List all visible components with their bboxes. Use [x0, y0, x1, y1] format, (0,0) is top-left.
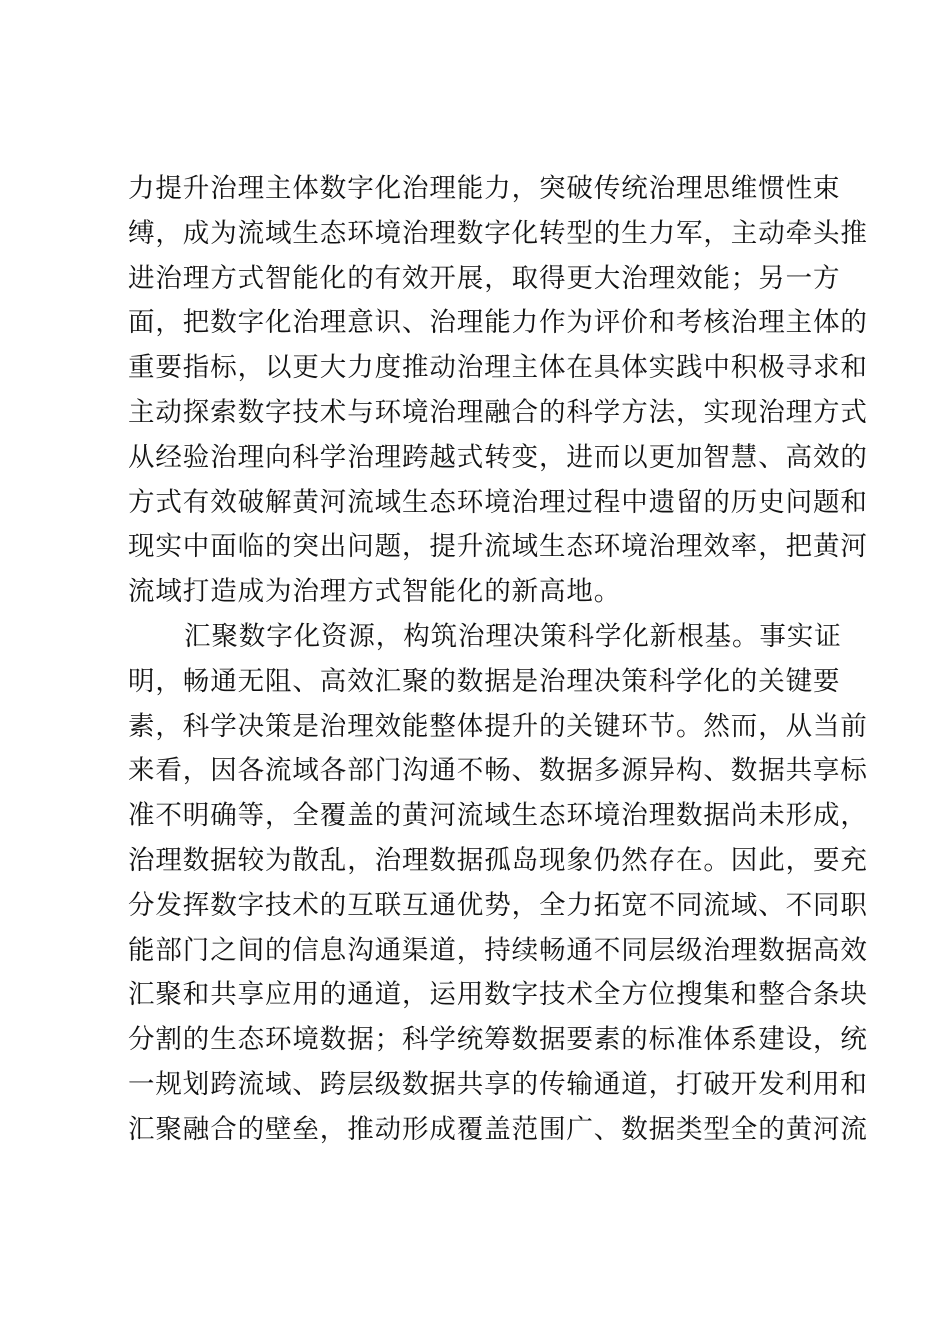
text-line: 一规划跨流域、跨层级数据共享的传输通道，打破开发利用和: [128, 1063, 834, 1108]
text-line: 来看，因各流域各部门沟通不畅、数据多源异构、数据共享标: [128, 749, 834, 794]
body-text: 力提升治理主体数字化治理能力，突破传统治理思维惯性束 缚，成为流域生态环境治理数…: [128, 167, 834, 1153]
text-line: 方式有效破解黄河流域生态环境治理过程中遗留的历史问题和: [128, 481, 834, 526]
text-line: 现实中面临的突出问题，提升流域生态环境治理效率，把黄河: [128, 525, 834, 570]
text-line: 汇聚融合的壁垒，推动形成覆盖范围广、数据类型全的黄河流: [128, 1108, 834, 1153]
text-line: 进治理方式智能化的有效开展，取得更大治理效能；另一方: [128, 257, 834, 302]
text-line: 汇聚数字化资源，构筑治理决策科学化新根基。事实证: [128, 615, 834, 660]
paragraph-1: 力提升治理主体数字化治理能力，突破传统治理思维惯性束 缚，成为流域生态环境治理数…: [128, 167, 834, 615]
text-line: 流域打造成为治理方式智能化的新高地。: [128, 570, 834, 615]
text-line: 明，畅通无阻、高效汇聚的数据是治理决策科学化的关键要: [128, 660, 834, 705]
text-line: 重要指标，以更大力度推动治理主体在具体实践中积极寻求和: [128, 346, 834, 391]
text-line: 素，科学决策是治理效能整体提升的关键环节。然而，从当前: [128, 705, 834, 750]
text-line: 力提升治理主体数字化治理能力，突破传统治理思维惯性束: [128, 167, 834, 212]
document-page: 力提升治理主体数字化治理能力，突破传统治理思维惯性束 缚，成为流域生态环境治理数…: [0, 0, 950, 1344]
text-line: 分发挥数字技术的互联互通优势，全力拓宽不同流域、不同职: [128, 884, 834, 929]
text-line: 能部门之间的信息沟通渠道，持续畅通不同层级治理数据高效: [128, 929, 834, 974]
text-line: 缚，成为流域生态环境治理数字化转型的生力军，主动牵头推: [128, 212, 834, 257]
text-line: 汇聚和共享应用的通道，运用数字技术全方位搜集和整合条块: [128, 973, 834, 1018]
text-line: 主动探索数字技术与环境治理融合的科学方法，实现治理方式: [128, 391, 834, 436]
text-line: 治理数据较为散乱，治理数据孤岛现象仍然存在。因此，要充: [128, 839, 834, 884]
paragraph-2: 汇聚数字化资源，构筑治理决策科学化新根基。事实证 明，畅通无阻、高效汇聚的数据是…: [128, 615, 834, 1153]
text-line: 准不明确等，全覆盖的黄河流域生态环境治理数据尚未形成，: [128, 794, 834, 839]
text-line: 面，把数字化治理意识、治理能力作为评价和考核治理主体的: [128, 301, 834, 346]
text-line: 分割的生态环境数据；科学统筹数据要素的标准体系建设，统: [128, 1018, 834, 1063]
text-line: 从经验治理向科学治理跨越式转变，进而以更加智慧、高效的: [128, 436, 834, 481]
